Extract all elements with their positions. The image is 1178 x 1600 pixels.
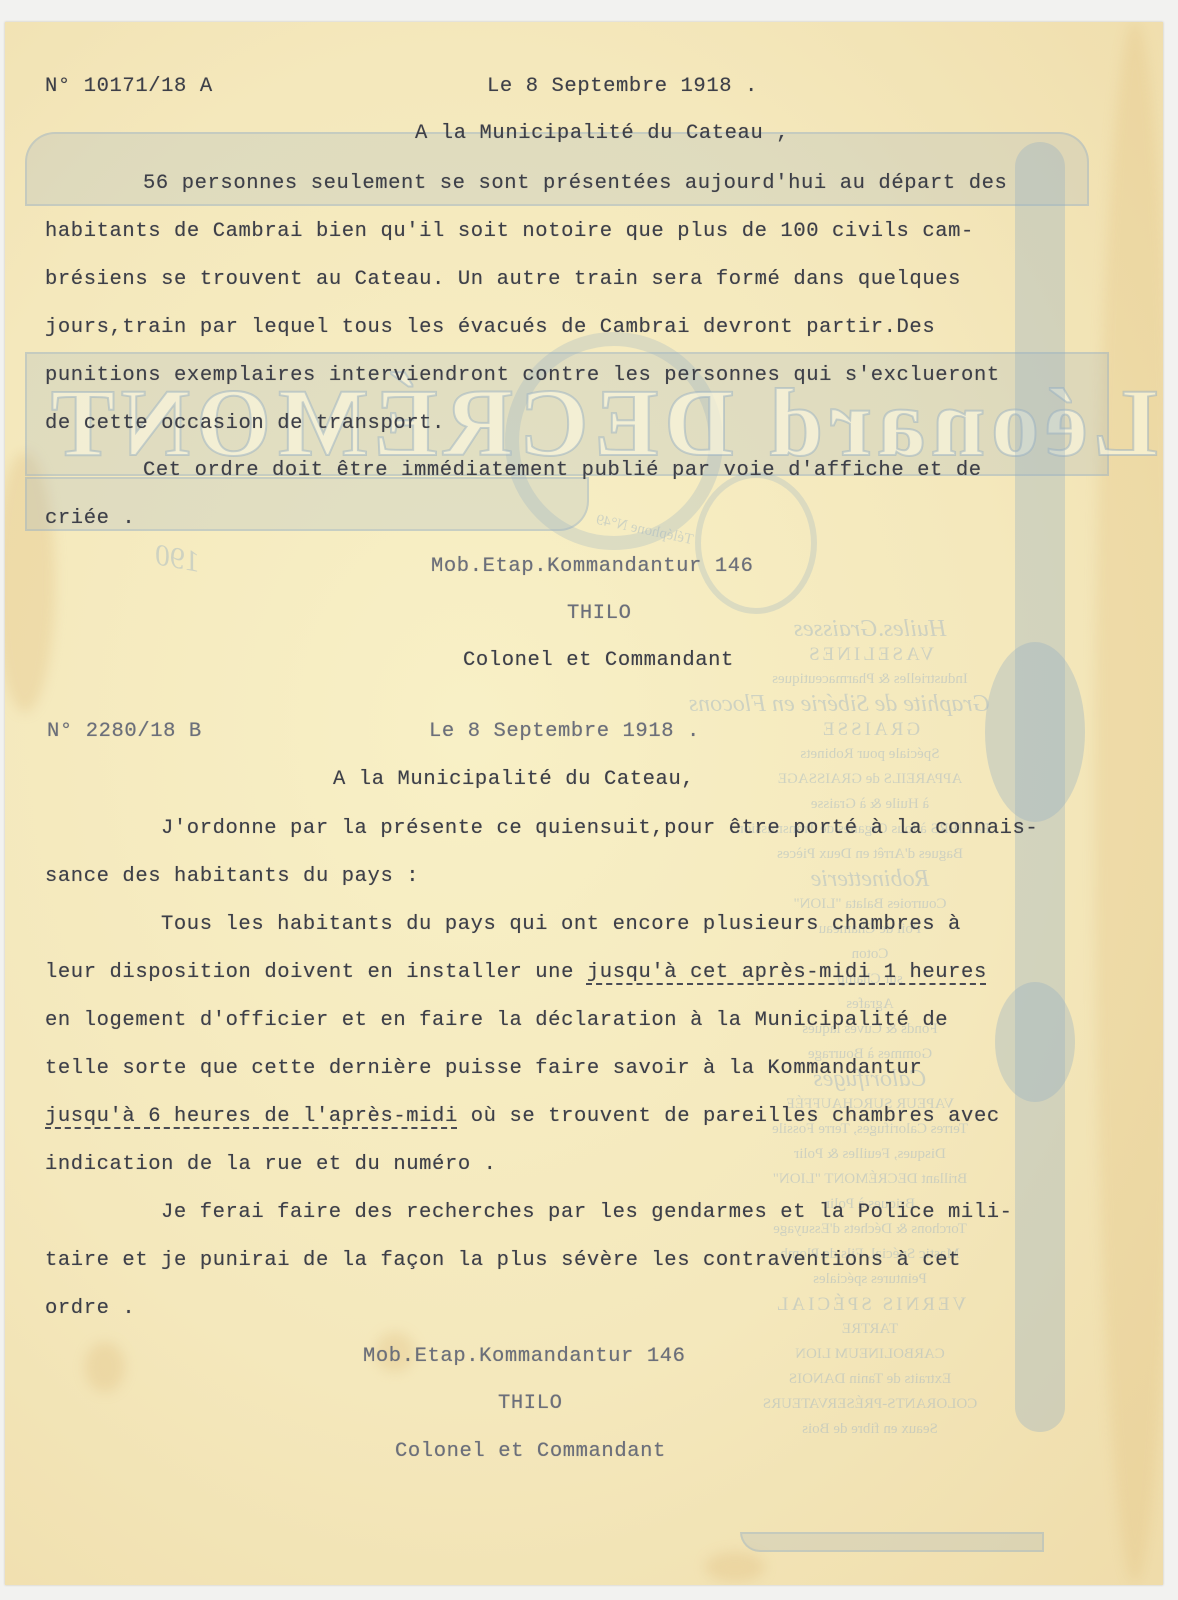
addressee-b: A la Municipalité du Cateau, [333,768,694,791]
document-page: Léonard DECRÉMONT Téléphone N°49 190 Hui… [5,22,1163,1585]
body-line-b: jusqu'à 6 heures de l'après-midi où se t… [45,1105,1000,1128]
body-line-a: jours,train par lequel tous les évacués … [45,316,935,339]
signature-unit-a: Mob.Etap.Kommandantur 146 [431,555,754,578]
body-line-a: 56 personnes seulement se sont présentée… [143,172,1007,195]
paper-stain [705,1552,765,1582]
paper-stain [85,1342,125,1392]
body-line-a: brésiens se trouvent au Cateau. Un autre… [45,268,961,291]
bleed-flower [995,982,1075,1102]
date-b: Le 8 Septembre 1918 . [429,720,700,743]
body-line-b: ordre . [45,1297,135,1320]
body-line-a: criée . [45,507,135,530]
body-line-a: punitions exemplaires interviendront con… [45,364,1000,387]
body-line-b: Tous les habitants du pays qui ont encor… [161,913,961,936]
addressee-a: A la Municipalité du Cateau , [415,122,789,145]
underlined-deadline-1: jusqu'à cet après-midi 1 heures [587,961,987,984]
body-line-b: indication de la rue et du numéro . [45,1153,497,1176]
body-text: où se trouvent de pareilles chambres ave… [458,1105,1000,1128]
signature-name-b: THILO [498,1392,563,1415]
reference-number-b: N° 2280/18 B [47,720,202,743]
bleed-flower [985,642,1085,822]
signature-name-a: THILO [567,602,632,625]
body-line-b: telle sorte que cette dernière puisse fa… [45,1057,922,1080]
date-a: Le 8 Septembre 1918 . [487,75,758,98]
paper-stain [1095,22,1163,1582]
body-line-a: habitants de Cambrai bien qu'il soit not… [45,220,974,243]
body-line-b: en logement d'officier et en faire la dé… [45,1009,948,1032]
body-line-b: leur disposition doivent en installer un… [45,961,987,984]
bleed-lion-seal [695,472,817,614]
signature-rank-b: Colonel et Commandant [395,1440,666,1463]
body-text: leur disposition doivent en installer un… [45,961,587,984]
bleed-flower-stem [1015,142,1065,1432]
body-line-a: de cette occasion de transport. [45,412,445,435]
body-line-b: taire et je punirai de la façon la plus … [45,1249,961,1272]
bleed-handwritten-number: 190 [152,538,202,579]
bleed-bottom-frame [740,1532,1044,1552]
body-line-b: Je ferai faire des recherches par les ge… [161,1201,1013,1224]
body-line-b: sance des habitants du pays : [45,865,419,888]
bleed-telephone: Téléphone N°49 [594,512,694,549]
signature-unit-b: Mob.Etap.Kommandantur 146 [363,1345,686,1368]
underlined-deadline-2: jusqu'à 6 heures de l'après-midi [45,1105,458,1128]
body-line-a: Cet ordre doit être immédiatement publié… [143,459,982,482]
body-line-b: J'ordonne par la présente ce quiensuit,p… [161,817,1038,840]
signature-rank-a: Colonel et Commandant [463,649,734,672]
reference-number-a: N° 10171/18 A [45,75,213,98]
paper-stain [5,452,55,712]
